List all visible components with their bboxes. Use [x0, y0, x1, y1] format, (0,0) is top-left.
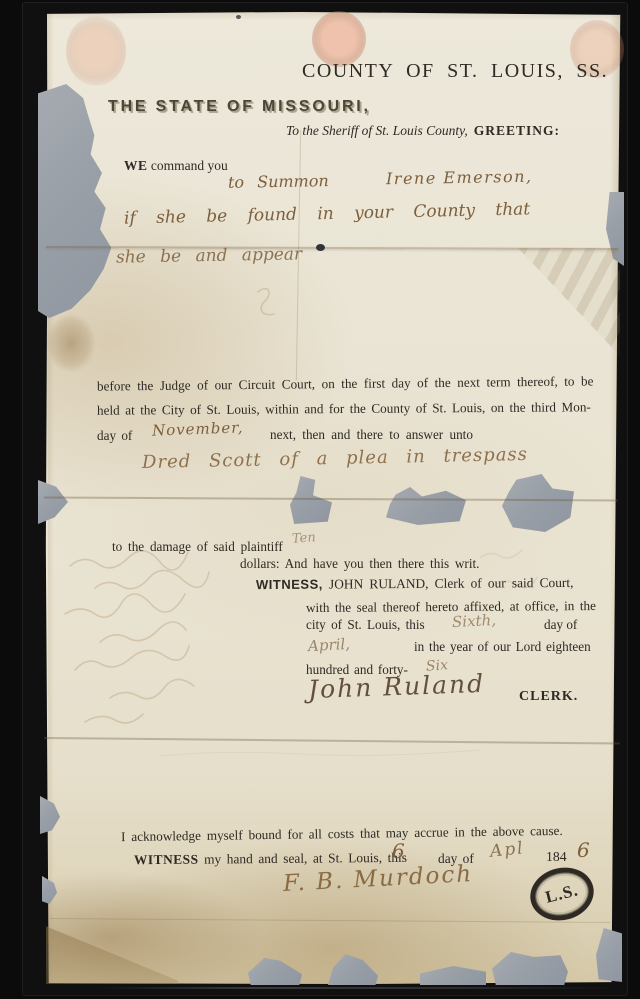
county-header: COUNTY OF ST. LOUIS, SS. — [302, 60, 608, 83]
witness-line-3a: city of St. Louis, this — [306, 617, 425, 633]
salutation-text: To the Sheriff of St. Louis County, — [286, 123, 468, 138]
witness-line-3b: day of — [544, 617, 577, 633]
hw-damage-amount: Ten — [292, 530, 317, 547]
witness2-rest: my hand and seal, at St. Louis, this — [198, 850, 407, 867]
greeting-label: GREETING: — [474, 123, 560, 138]
clerk-signature: John Ruland — [308, 669, 486, 704]
witness-rest: JOHN RULAND, Clerk of our said Court, — [323, 575, 574, 592]
hw-term-month: November, — [152, 418, 244, 439]
scan-mat-glint — [96, 987, 616, 989]
sheriff-salutation: To the Sheriff of St. Louis County,GREET… — [286, 123, 560, 139]
hw-seal-day: 6 — [392, 839, 405, 863]
command-rest: command you — [148, 158, 228, 173]
hw-seal-month: Apl — [489, 838, 526, 862]
document-sheet: COUNTY OF ST. LOUIS, SS. THE STATE OF MI… — [40, 10, 622, 986]
witness-bold: WITNESS, — [256, 577, 323, 592]
witness-line-4: in the year of our Lord eighteen — [414, 639, 591, 655]
command-line: WE command you — [124, 158, 228, 174]
hw-writ-day: Sixth, — [452, 611, 497, 631]
clerk-label: CLERK. — [519, 689, 578, 705]
command-we: WE — [124, 158, 148, 173]
witness2-year-prefix: 184 — [546, 849, 567, 865]
hw-defendant-name: Irene Emerson, — [386, 167, 533, 189]
witness-line-1: WITNESS, JOHN RULAND, Clerk of our said … — [256, 575, 574, 593]
body-line-3-day-of: day of — [97, 428, 132, 444]
damage-line: to the damage of said plaintiff — [112, 539, 283, 555]
witness2-line: WITNESS my hand and seal, at St. Louis, … — [134, 850, 407, 868]
hw-writ-month: April, — [308, 635, 351, 655]
seal-text: L.S. — [543, 880, 580, 907]
hw-appear-line: she be and appear — [116, 244, 302, 267]
witness2-bold: WITNESS — [134, 852, 199, 868]
body-line-3-rest: next, then and there to answer unto — [270, 427, 473, 443]
state-header: THE STATE OF MISSOURI, — [108, 98, 371, 116]
hw-summon: to Summon — [228, 171, 329, 192]
hw-seal-year-digit: 6 — [577, 838, 590, 862]
dollars-line: dollars: And have you then there this wr… — [240, 556, 479, 572]
